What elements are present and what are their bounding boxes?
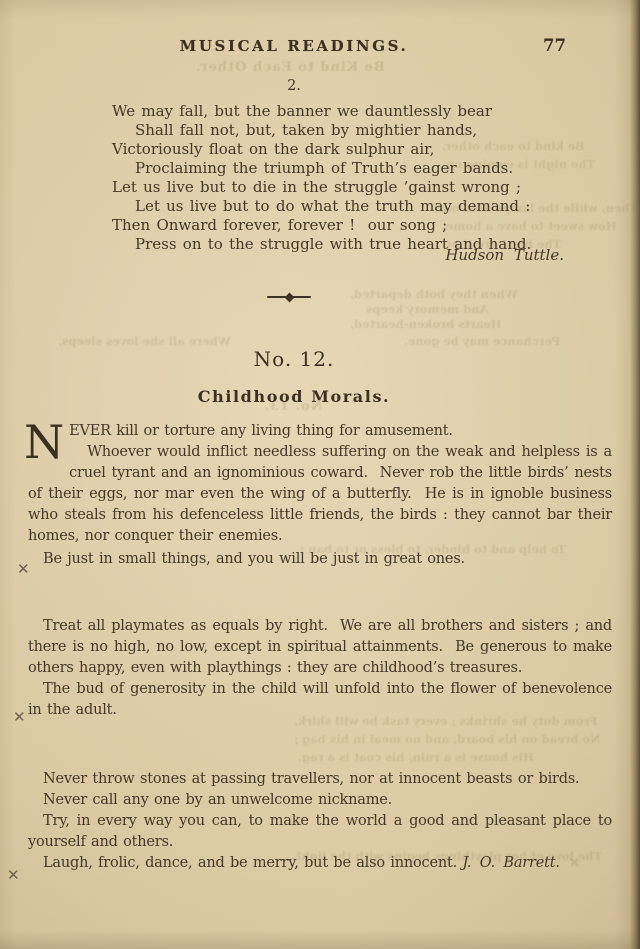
scanned-book-page: Be Kind to Each Other. Be kind to each o… xyxy=(0,0,640,949)
bleedthrough-text: Be Kind to Each Other. xyxy=(168,60,412,75)
poem: We may fall, but the banner we dauntless… xyxy=(112,102,592,254)
bleedthrough-text: Hearts broken-hearted, xyxy=(350,317,502,331)
paragraph-text: Laugh, frolic, dance, and be merry, but … xyxy=(43,855,457,871)
paragraph-laugh: Laugh, frolic, dance, and be merry, but … xyxy=(28,853,612,874)
paragraph-be-just: Be just in small things, and you will be… xyxy=(28,549,612,570)
pencil-x-mark-1: ✕ xyxy=(17,560,30,578)
paragraph-text: The bud of generosity in the child will … xyxy=(28,679,612,721)
running-head-title: MUSICAL READINGS. xyxy=(6,37,582,55)
paragraph-opening: NEVER kill or torture any living thing f… xyxy=(28,421,612,547)
poem-line: Let us live but to do what the truth may… xyxy=(135,197,592,216)
drop-cap: N xyxy=(24,422,64,464)
paragraph-text: Never call any one by an unwelcome nickn… xyxy=(28,790,612,811)
bleedthrough-text: His house is a ruin, his coat is a rag. xyxy=(298,750,534,764)
section-number: No. 12. xyxy=(6,347,582,371)
bleedthrough-text: No bread on his board, and no meal in hi… xyxy=(294,732,601,746)
paragraph-text: Be just in small things, and you will be… xyxy=(28,549,612,570)
paragraph-group-playmates: Treat all playmates as equals by right. … xyxy=(28,616,612,721)
stanza-number: 2. xyxy=(6,78,582,94)
poem-line: Then Onward forever, forever ! our song … xyxy=(112,216,592,235)
bleedthrough-text: When they both departed, xyxy=(350,287,518,301)
paragraph-text: Try, in every way you can, to make the w… xyxy=(28,811,612,853)
pencil-x-mark-2: ✕ xyxy=(13,708,26,726)
paragraph-text: Whoever would inflict needless suffering… xyxy=(28,444,612,544)
ornamental-divider xyxy=(267,296,311,298)
body-attribution: J. O. Barrett. xyxy=(462,855,559,871)
poem-line: Shall fall not, but, taken by mightier h… xyxy=(135,121,592,140)
poem-line: Let us live but to die in the struggle ’… xyxy=(112,178,592,197)
poem-attribution: Hudson Tuttle. xyxy=(445,246,564,264)
poem-line: We may fall, but the banner we dauntless… xyxy=(112,102,592,121)
pencil-x-mark-3: ✕ xyxy=(7,866,20,884)
poem-line: Proclaiming the triumph of Truth’s eager… xyxy=(135,159,592,178)
paragraph-text: Treat all playmates as equals by right. … xyxy=(28,616,612,679)
bleedthrough-text: And memory keeps xyxy=(366,302,489,316)
section-title: Childhood Morals. xyxy=(6,387,582,406)
bleedthrough-text: Perchance may be gone. xyxy=(404,334,560,348)
paragraph-group-maxims: Never throw stones at passing travellers… xyxy=(28,769,612,874)
page-number: 77 xyxy=(543,36,566,55)
paragraph-text: Never throw stones at passing travellers… xyxy=(28,769,612,790)
opening-sentence: EVER kill or torture any living thing fo… xyxy=(69,423,453,439)
poem-line: Victoriously float on the dark sulphur a… xyxy=(112,140,592,159)
bleedthrough-text: Where all she loves sleeps, xyxy=(58,334,231,348)
